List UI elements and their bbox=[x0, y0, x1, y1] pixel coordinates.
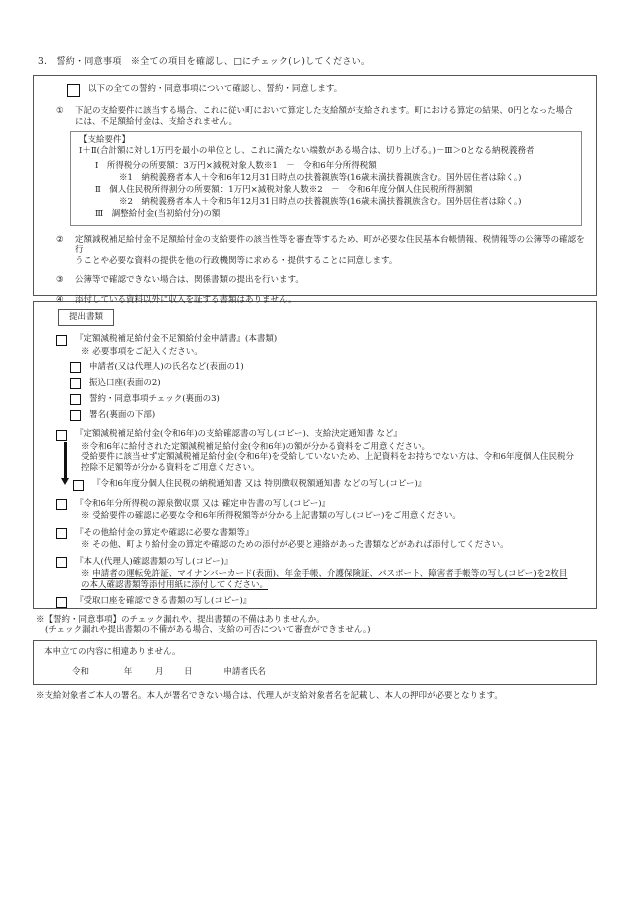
doc-account-proof-title: 『受取口座を確認できる書類の写し(コピー)』 bbox=[75, 596, 251, 607]
doc-sub-applicant-name: 申請者(又は代理人)の氏名など(表面の1) bbox=[70, 362, 586, 374]
pledge-item-4-number: ④ bbox=[56, 295, 68, 306]
doc-sub-pledge-check: 誓約・同意事項チェック(裏面の3) bbox=[70, 394, 586, 406]
sub-applicant-name-label: 申請者(又は代理人)の氏名など(表面の1) bbox=[89, 362, 244, 373]
doc-sub-bank-account: 振込口座(表面の2) bbox=[70, 378, 586, 390]
pledge-item-3: ③ 公簿等で確認できない場合は、関係書類の提出を行います。 bbox=[56, 275, 586, 286]
doc-application-checkbox[interactable] bbox=[56, 335, 67, 346]
pledge-item-2-number: ② bbox=[56, 235, 68, 267]
doc-confirmation-note: ※令和6年に給付された定額減税補足給付金(令和6年)の額が分かる資料をご用意くだ… bbox=[81, 442, 586, 474]
signature-footnote: ※支給対象者ご本人の署名。本人が署名できない場合は、代理人が支給対象者名を記載し… bbox=[36, 691, 597, 702]
doc-item-withholding: 『令和6年分所得税の源泉徴収票 又は 確定申告書の写し(コピー)』 bbox=[56, 499, 586, 511]
doc-confirmation-title: 『定額減税補足給付金(令和6年)の支給確認書の写し(コピー)、支給決定通知書 な… bbox=[75, 429, 402, 440]
sub-signature-checkbox[interactable] bbox=[70, 410, 81, 421]
doc-item-confirmation-group: 『定額減税補足給付金(令和6年)の支給確認書の写し(コピー)、支給決定通知書 な… bbox=[56, 429, 586, 491]
month-label: 月 bbox=[155, 667, 164, 678]
doc-identity-note: ※ 申請者の運転免許証、マイナンバーカード(表面)、年金手帳、介護保険証、パスポ… bbox=[81, 569, 586, 590]
day-label: 日 bbox=[184, 667, 193, 678]
doc-sub-tax-notice: 『令和6年度分個人住民税の納税通知書 又は 特別徴収税額通知書 などの写し(コピ… bbox=[73, 479, 586, 491]
sub-tax-notice-checkbox[interactable] bbox=[73, 480, 84, 491]
requirement-line-iii: Ⅲ 調整給付金(当初給付分)の額 bbox=[95, 209, 573, 220]
doc-identity-title: 『本人(代理人)確認書類の写し(コピー)』 bbox=[75, 557, 232, 568]
doc-other-title: 『その他給付金の算定や確認に必要な書類等』 bbox=[75, 528, 254, 539]
documents-label: 提出書類 bbox=[69, 312, 103, 322]
reminder-block: ※【誓約・同意事項】のチェック漏れや、提出書類の不備はありませんか。 (チェック… bbox=[36, 615, 597, 636]
pledge-item-1: ① 下記の支給要件に該当する場合、これに従い町において算定した支給額が支給されま… bbox=[56, 106, 586, 127]
doc-identity-checkbox[interactable] bbox=[56, 557, 67, 568]
pledge-consent-box: 以下の全ての誓約・同意事項について確認し、誓約・同意します。 ① 下記の支給要件… bbox=[33, 75, 597, 296]
sub-pledge-check-label: 誓約・同意事項チェック(裏面の3) bbox=[89, 394, 220, 405]
year-label: 年 bbox=[124, 667, 133, 678]
doc-sub-signature: 署名(裏面の下部) bbox=[70, 410, 586, 422]
requirements-box: 【支給要件】 Ⅰ＋Ⅱ(合計額に対し1万円を最小の単位とし、これに満たない端数があ… bbox=[70, 131, 582, 226]
doc-item-application: 『定額減税補足給付金不足額給付金申請書』(本書類) bbox=[56, 334, 586, 346]
doc-withholding-checkbox[interactable] bbox=[56, 499, 67, 510]
pledge-item-3-text: 公簿等で確認できない場合は、関係書類の提出を行います。 bbox=[75, 275, 304, 286]
requirements-formula: Ⅰ＋Ⅱ(合計額に対し1万円を最小の単位とし、これに満たない端数がある場合は、切り… bbox=[79, 146, 573, 157]
application-form-back-page: 3. 誓約・同意事項 ※全ての項目を確認し、□にチェック(レ)してください。 以… bbox=[0, 0, 630, 902]
pledge-item-4-text: 添付している資料以外に収入を証する書類はありません。 bbox=[75, 295, 297, 306]
requirement-note-1: ※1 納税義務者本人＋令和6年12月31日時点の扶養親族等(16歳未満扶養親族含… bbox=[119, 173, 573, 184]
documents-label-badge: 提出書類 bbox=[58, 309, 114, 327]
doc-identity-note-underlined: 申請者の運転免許証、マイナンバーカード(表面)、年金手帳、介護保険証、パスポート… bbox=[81, 569, 567, 590]
master-consent-label: 以下の全ての誓約・同意事項について確認し、誓約・同意します。 bbox=[88, 84, 342, 95]
doc-application-note: ※ 必要事項をご記入ください。 bbox=[81, 347, 586, 358]
doc-other-checkbox[interactable] bbox=[56, 528, 67, 539]
doc-item-account-proof: 『受取口座を確認できる書類の写し(コピー)』 bbox=[56, 596, 586, 608]
declaration-box: 本申立ての内容に相違ありません。 令和 年 月 日 申請者氏名 bbox=[33, 640, 597, 685]
doc-application-title: 『定額減税補足給付金不足額給付金申請書』(本書類) bbox=[75, 334, 277, 345]
doc-account-proof-checkbox[interactable] bbox=[56, 597, 67, 608]
pledge-item-2-text: 定額減税補足給付金不足額給付金の支給要件の該当性等を審査等するため、町が必要な住… bbox=[75, 235, 586, 267]
doc-withholding-title: 『令和6年分所得税の源泉徴収票 又は 確定申告書の写し(コピー)』 bbox=[75, 499, 330, 510]
sub-signature-label: 署名(裏面の下部) bbox=[89, 410, 155, 421]
doc-identity-note-prefix: ※ bbox=[81, 569, 92, 579]
pledge-item-1-text: 下記の支給要件に該当する場合、これに従い町において算定した支給額が支給されます。… bbox=[75, 106, 573, 127]
era-label: 令和 bbox=[72, 667, 89, 678]
doc-item-other: 『その他給付金の算定や確認に必要な書類等』 bbox=[56, 528, 586, 540]
down-arrow-icon bbox=[64, 442, 67, 478]
requirement-line-i: Ⅰ 所得税分の所要額：3万円×減税対象人数※1 － 令和6年分所得税額 bbox=[95, 161, 573, 172]
doc-withholding-note: ※ 受給要件の確認に必要な令和6年所得税額等が分かる上記書類の写し(コピー)をご… bbox=[81, 511, 586, 522]
reminder-line-2: (チェック漏れや提出書類の不備がある場合、支給の可否について審査ができません。) bbox=[45, 625, 597, 636]
doc-confirmation-checkbox[interactable] bbox=[56, 430, 67, 441]
doc-item-identity: 『本人(代理人)確認書類の写し(コピー)』 bbox=[56, 557, 586, 569]
pledge-item-3-number: ③ bbox=[56, 275, 68, 286]
pledge-item-1-number: ① bbox=[56, 106, 68, 127]
master-consent-row: 以下の全ての誓約・同意事項について確認し、誓約・同意します。 bbox=[67, 84, 586, 98]
sub-pledge-check-checkbox[interactable] bbox=[70, 394, 81, 405]
documents-box: 提出書類 『定額減税補足給付金不足額給付金申請書』(本書類) ※ 必要事項をご記… bbox=[33, 301, 597, 609]
applicant-name-label: 申請者氏名 bbox=[223, 667, 266, 678]
requirement-note-2: ※2 納税義務者本人＋令和5年12月31日時点の扶養親族等(16歳未満扶養親族含… bbox=[119, 197, 573, 208]
doc-item-confirmation: 『定額減税補足給付金(令和6年)の支給確認書の写し(コピー)、支給決定通知書 な… bbox=[56, 429, 586, 441]
declaration-statement: 本申立ての内容に相違ありません。 bbox=[44, 647, 586, 658]
sub-bank-account-label: 振込口座(表面の2) bbox=[89, 378, 161, 389]
sub-bank-account-checkbox[interactable] bbox=[70, 378, 81, 389]
section-title: 3. 誓約・同意事項 ※全ての項目を確認し、□にチェック(レ)してください。 bbox=[38, 57, 597, 68]
declaration-date-line[interactable]: 令和 年 月 日 申請者氏名 bbox=[44, 667, 586, 678]
sub-applicant-name-checkbox[interactable] bbox=[70, 362, 81, 373]
sub-tax-notice-label: 『令和6年度分個人住民税の納税通知書 又は 特別徴収税額通知書 などの写し(コピ… bbox=[92, 479, 426, 490]
master-consent-checkbox[interactable] bbox=[67, 84, 80, 97]
doc-other-note: ※ その他、町より給付金の算定や確認のための添付が必要と連絡があった書類などがあ… bbox=[81, 540, 586, 551]
reminder-line-1: ※【誓約・同意事項】のチェック漏れや、提出書類の不備はありませんか。 bbox=[36, 615, 597, 626]
requirement-line-ii: Ⅱ 個人住民税所得割分の所要額：1万円×減税対象人数※2 － 令和6年度分個人住… bbox=[95, 185, 573, 196]
requirements-heading: 【支給要件】 bbox=[79, 135, 573, 146]
pledge-item-2: ② 定額減税補足給付金不足額給付金の支給要件の該当性等を審査等するため、町が必要… bbox=[56, 235, 586, 267]
